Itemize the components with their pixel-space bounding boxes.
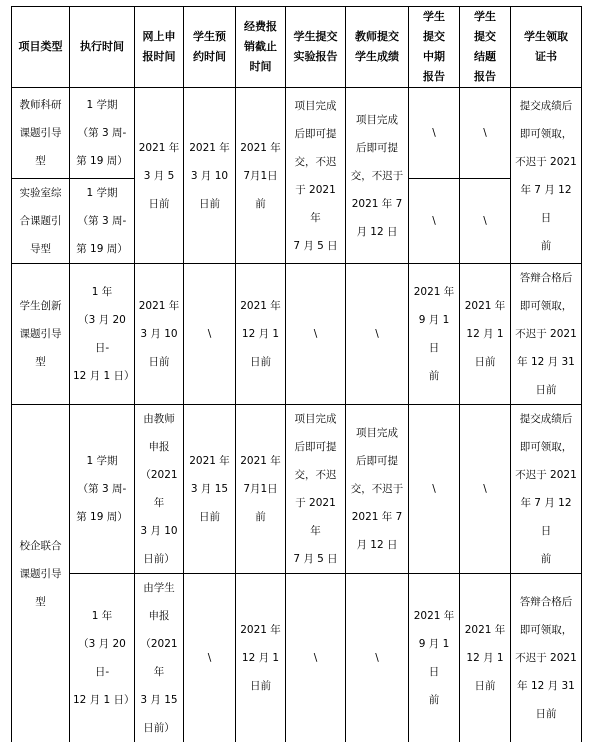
- cell-teacher-grade: 项目完成 后即可提 交，不迟于 2021 年 7 月 12 日: [346, 88, 409, 264]
- cell-exec-time: 1 学期 （第 3 周- 第 19 周）: [70, 405, 135, 574]
- cell-certificate: 答辩合格后 即可领取， 不迟于 2021 年 12 月 31 日前: [511, 574, 582, 742]
- cell-expense-deadline: 2021 年 7月1日 前: [236, 405, 286, 574]
- header-exec-time: 执行时间: [70, 7, 135, 88]
- cell-certificate: 提交成绩后 即可领取， 不迟于 2021 年 7 月 12 日 前: [511, 405, 582, 574]
- cell-exec-time: 1 年 （3 月 20 日- 12 月 1 日）: [70, 574, 135, 742]
- header-online-apply: 网上申 报时间: [135, 7, 184, 88]
- header-final-report: 学生 提交 结题 报告: [460, 7, 511, 88]
- cell-teacher-grade: \: [346, 264, 409, 405]
- cell-student-booking: 2021 年 3 月 10 日前: [184, 88, 236, 264]
- header-row: 项目类型 执行时间 网上申 报时间 学生预 约时间 经费报 销截止 时间 学生提…: [12, 7, 582, 88]
- cell-certificate: 答辩合格后 即可领取， 不迟于 2021 年 12 月 31 日前: [511, 264, 582, 405]
- cell-online-apply: 由学生 申报 （2021 年 3 月 15 日前）: [135, 574, 184, 742]
- cell-final-report: \: [460, 405, 511, 574]
- cell-midterm-report: \: [409, 88, 460, 179]
- cell-final-report: 2021 年 12 月 1 日前: [460, 574, 511, 742]
- cell-student-booking: \: [184, 264, 236, 405]
- cell-final-report: \: [460, 179, 511, 264]
- table-row: 1 年 （3 月 20 日- 12 月 1 日） 由学生 申报 （2021 年 …: [12, 574, 582, 742]
- cell-exec-time: 1 学期 （第 3 周- 第 19 周）: [70, 179, 135, 264]
- cell-midterm-report: \: [409, 405, 460, 574]
- header-student-booking: 学生预 约时间: [184, 7, 236, 88]
- cell-expense-deadline: 2021 年 12 月 1 日前: [236, 574, 286, 742]
- header-project-type: 项目类型: [12, 7, 70, 88]
- cell-project-type: 学生创新 课题引导 型: [12, 264, 70, 405]
- cell-final-report: \: [460, 88, 511, 179]
- table-row: 学生创新 课题引导 型 1 年 （3 月 20 日- 12 月 1 日） 202…: [12, 264, 582, 405]
- cell-online-apply: 2021 年 3 月 10 日前: [135, 264, 184, 405]
- cell-expense-deadline: 2021 年 7月1日 前: [236, 88, 286, 264]
- cell-final-report: 2021 年 12 月 1 日前: [460, 264, 511, 405]
- cell-lab-report: 项目完成 后即可提 交，不迟 于 2021 年 7 月 5 日: [286, 88, 346, 264]
- header-certificate: 学生领取 证书: [511, 7, 582, 88]
- cell-project-type: 校企联合 课题引导 型: [12, 405, 70, 742]
- cell-student-booking: \: [184, 574, 236, 742]
- cell-project-type: 教师科研 课题引导 型: [12, 88, 70, 179]
- cell-certificate: 提交成绩后 即可领取， 不迟于 2021 年 7 月 12 日 前: [511, 88, 582, 264]
- cell-teacher-grade: 项目完成 后即可提 交，不迟于 2021 年 7 月 12 日: [346, 405, 409, 574]
- cell-student-booking: 2021 年 3 月 15 日前: [184, 405, 236, 574]
- cell-midterm-report: \: [409, 179, 460, 264]
- cell-exec-time: 1 学期 （第 3 周- 第 19 周）: [70, 88, 135, 179]
- cell-lab-report: \: [286, 264, 346, 405]
- header-teacher-grade: 教师提交 学生成绩: [346, 7, 409, 88]
- table-row: 校企联合 课题引导 型 1 学期 （第 3 周- 第 19 周） 由教师 申报 …: [12, 405, 582, 574]
- cell-expense-deadline: 2021 年 12 月 1 日前: [236, 264, 286, 405]
- cell-teacher-grade: \: [346, 574, 409, 742]
- header-lab-report: 学生提交 实验报告: [286, 7, 346, 88]
- cell-exec-time: 1 年 （3 月 20 日- 12 月 1 日）: [70, 264, 135, 405]
- cell-midterm-report: 2021 年 9 月 1 日 前: [409, 264, 460, 405]
- schedule-table: 项目类型 执行时间 网上申 报时间 学生预 约时间 经费报 销截止 时间 学生提…: [11, 6, 582, 742]
- cell-lab-report: 项目完成 后即可提 交，不迟 于 2021 年 7 月 5 日: [286, 405, 346, 574]
- cell-lab-report: \: [286, 574, 346, 742]
- header-midterm-report: 学生 提交 中期 报告: [409, 7, 460, 88]
- table-row: 教师科研 课题引导 型 1 学期 （第 3 周- 第 19 周） 2021 年 …: [12, 88, 582, 179]
- cell-online-apply: 2021 年 3 月 5 日前: [135, 88, 184, 264]
- cell-online-apply: 由教师 申报 （2021 年 3 月 10 日前）: [135, 405, 184, 574]
- cell-project-type: 实验室综 合课题引 导型: [12, 179, 70, 264]
- cell-midterm-report: 2021 年 9 月 1 日 前: [409, 574, 460, 742]
- header-expense-deadline: 经费报 销截止 时间: [236, 7, 286, 88]
